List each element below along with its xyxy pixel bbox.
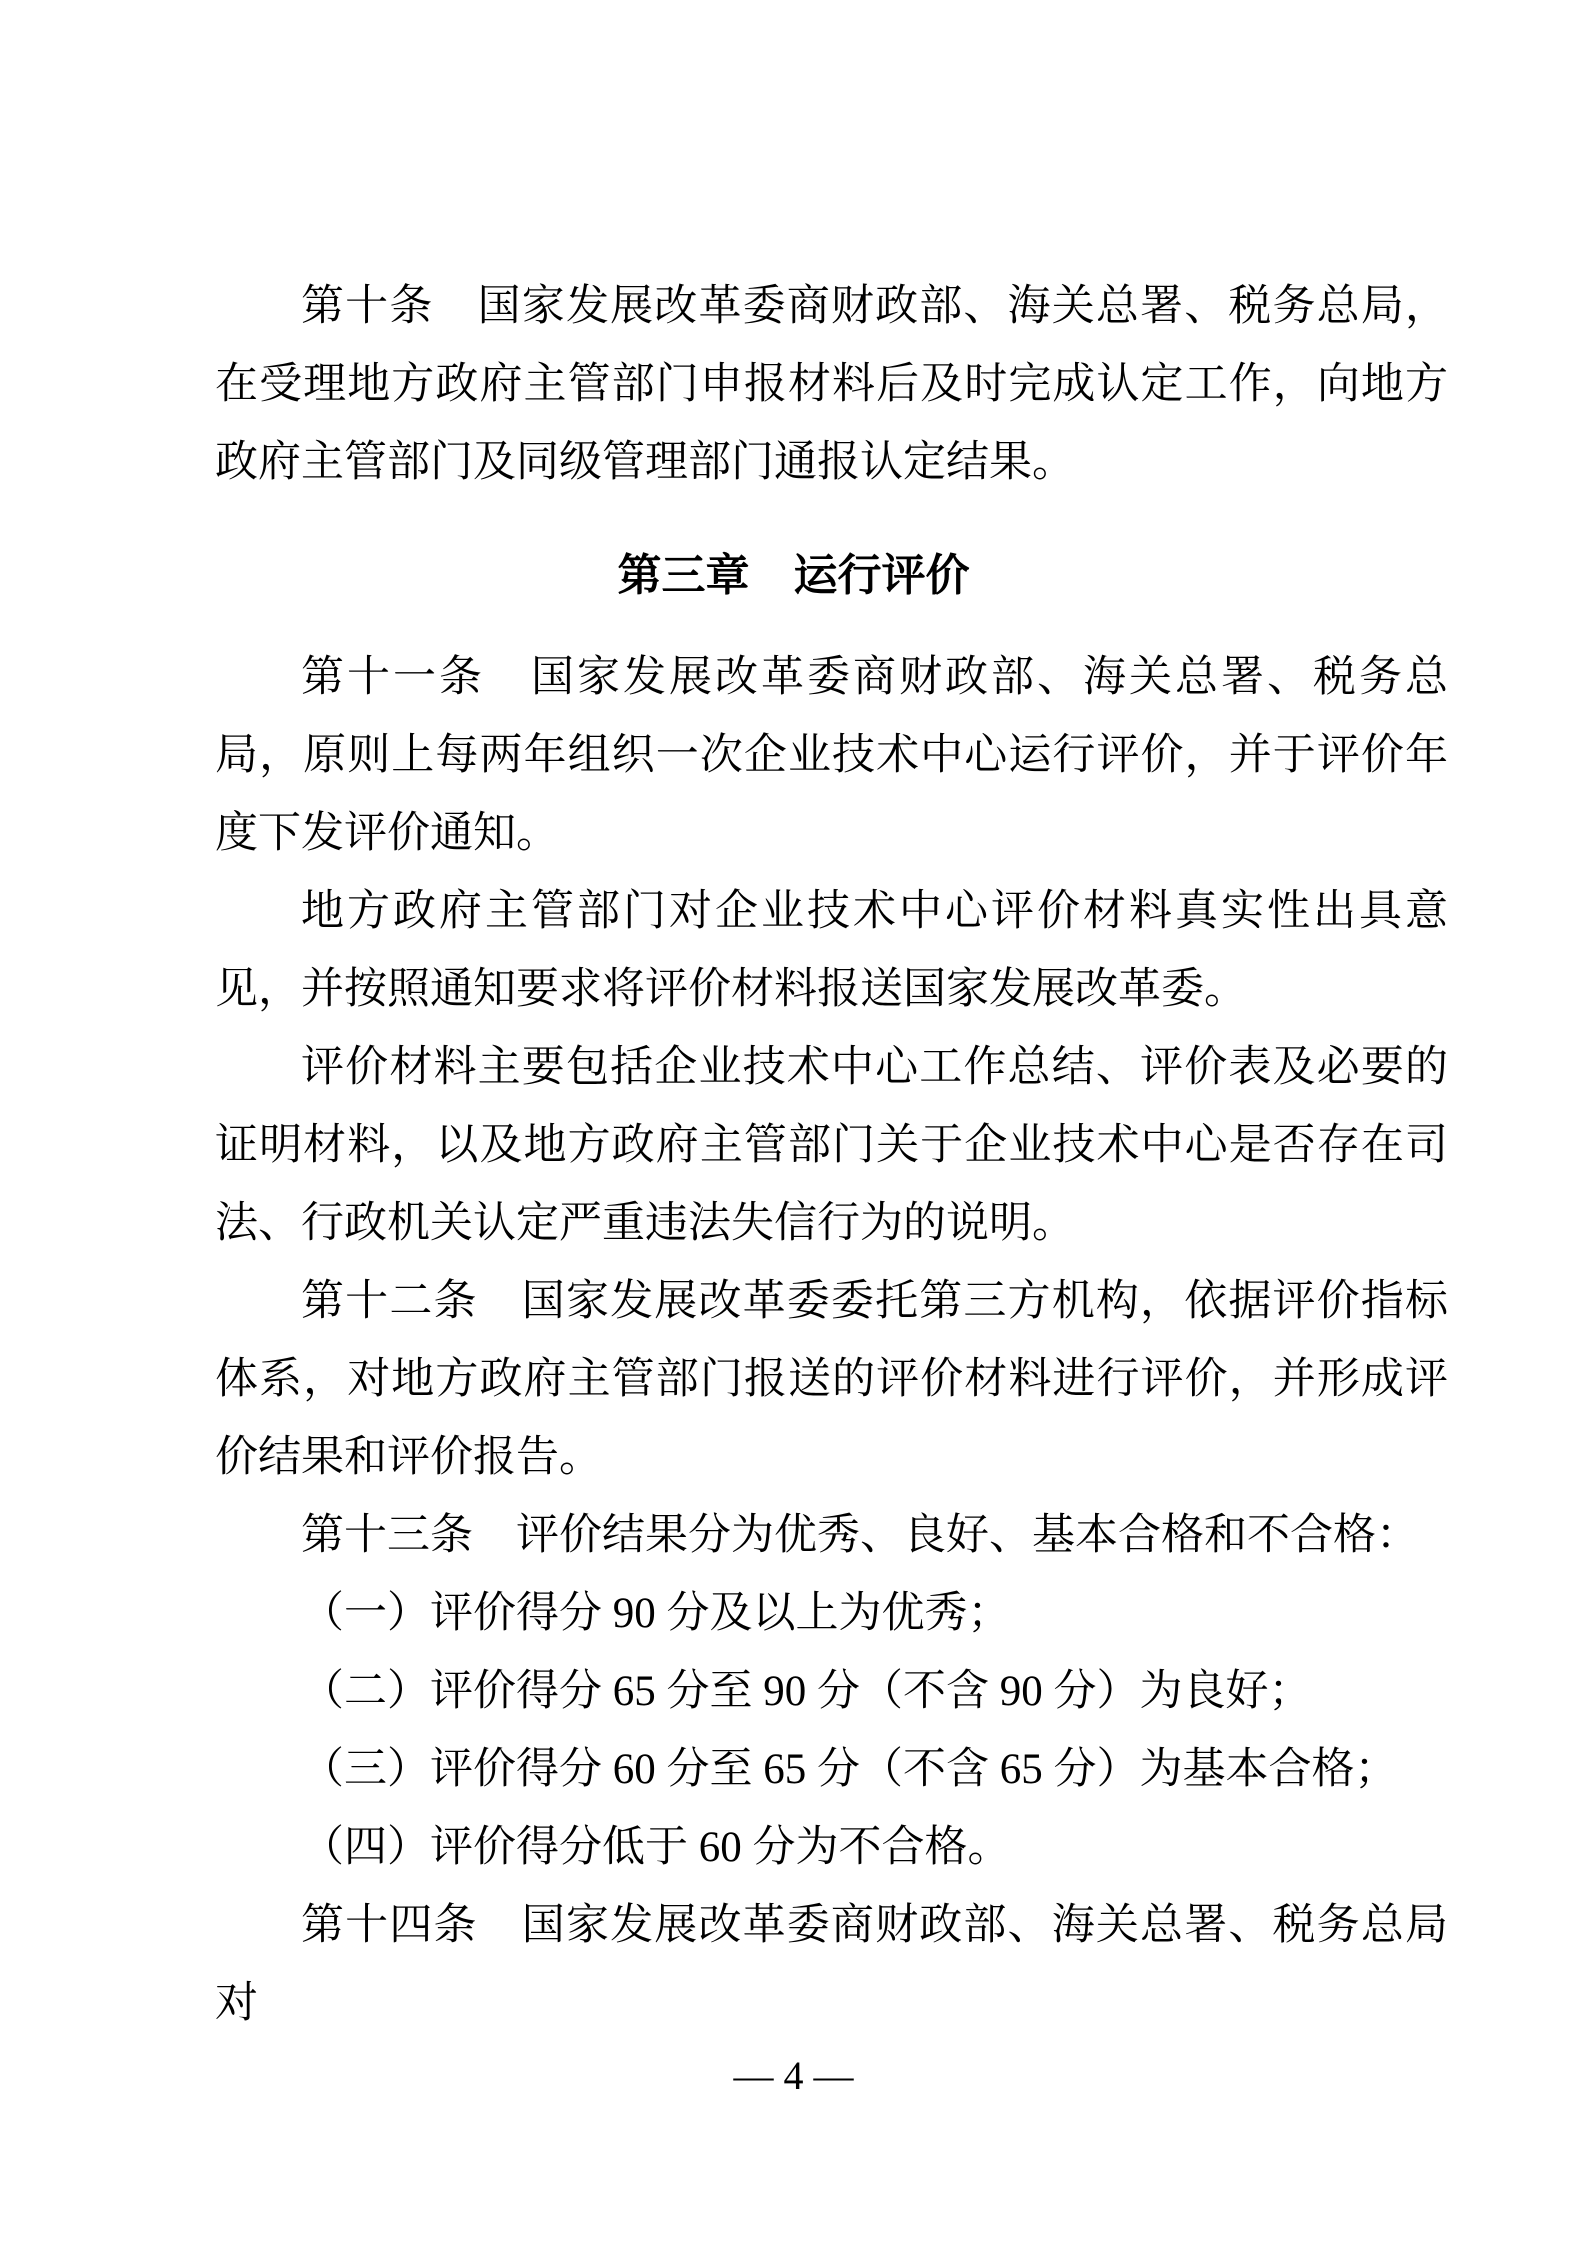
- paragraph-article-14: 第十四条 国家发展改革委商财政部、海关总署、税务总局对: [215, 1887, 1448, 2043]
- paragraph-article-10: 第十条 国家发展改革委商财政部、海关总署、税务总局，在受理地方政府主管部门申报材…: [215, 268, 1448, 502]
- page-number: — 4 —: [734, 2053, 854, 2098]
- chapter-heading: 第三章 运行评价: [139, 537, 1448, 615]
- list-item-3: （三）评价得分 60 分至 65 分（不含 65 分）为基本合格；: [215, 1731, 1448, 1809]
- paragraph-article-13: 第十三条 评价结果分为优秀、良好、基本合格和不合格：: [215, 1497, 1448, 1575]
- paragraph-body-1: 地方政府主管部门对企业技术中心评价材料真实性出具意见，并按照通知要求将评价材料报…: [215, 873, 1448, 1029]
- paragraph-article-11: 第十一条 国家发展改革委商财政部、海关总署、税务总局，原则上每两年组织一次企业技…: [215, 639, 1448, 873]
- document-body: 第十条 国家发展改革委商财政部、海关总署、税务总局，在受理地方政府主管部门申报材…: [215, 268, 1448, 2043]
- list-item-2: （二）评价得分 65 分至 90 分（不含 90 分）为良好；: [215, 1653, 1448, 1731]
- list-item-1: （一）评价得分 90 分及以上为优秀；: [215, 1575, 1448, 1653]
- paragraph-article-12: 第十二条 国家发展改革委委托第三方机构，依据评价指标体系，对地方政府主管部门报送…: [215, 1263, 1448, 1497]
- paragraph-body-2: 评价材料主要包括企业技术中心工作总结、评价表及必要的证明材料，以及地方政府主管部…: [215, 1029, 1448, 1263]
- page-footer: — 4 —: [0, 2052, 1587, 2100]
- document-page: 第十条 国家发展改革委商财政部、海关总署、税务总局，在受理地方政府主管部门申报材…: [0, 0, 1587, 2245]
- list-item-4: （四）评价得分低于 60 分为不合格。: [215, 1809, 1448, 1887]
